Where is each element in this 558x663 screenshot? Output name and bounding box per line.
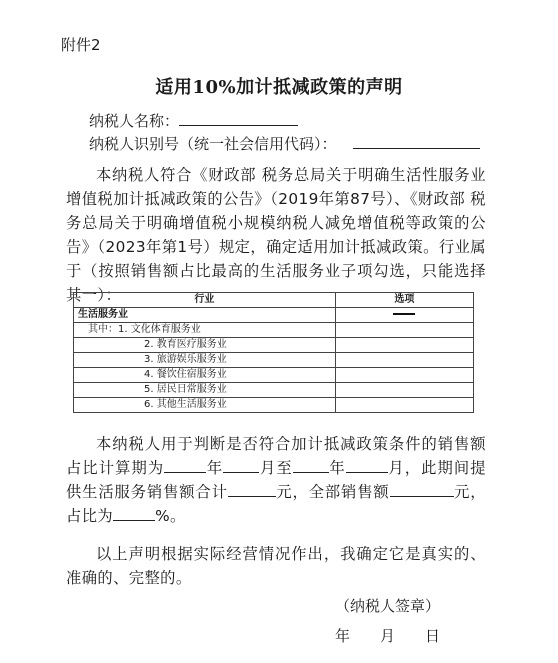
option-cell-6[interactable]	[335, 398, 473, 413]
ratio-field[interactable]	[113, 506, 155, 521]
table-header-row: 行业 选项	[74, 293, 474, 308]
taxpayer-name-field[interactable]	[179, 124, 298, 126]
dash-mark	[393, 313, 415, 315]
taxpayer-name-label: 纳税人名称：	[89, 112, 179, 130]
table-row: 2. 教育医疗服务业	[74, 338, 474, 353]
option-cell-1[interactable]	[335, 323, 473, 338]
sales-section: 本纳税人用于判断是否符合加计抵减政策条件的销售额占比计算期为年月至年月，此期间提…	[66, 432, 486, 528]
document-title: 适用10%加计抵减政策的声明	[0, 73, 558, 99]
taxpayer-id-label: 纳税人识别号（统一社会信用代码）：	[89, 135, 337, 153]
taxpayer-name-row: 纳税人名称：	[89, 110, 298, 131]
signature-label: （纳税人签章）	[335, 595, 440, 616]
total-sales-field[interactable]	[390, 482, 454, 497]
table-row: 4. 餐饮住宿服务业	[74, 368, 474, 383]
header-industry: 行业	[74, 293, 336, 308]
table-row: 3. 旅游娱乐服务业	[74, 353, 474, 368]
intro-section: 本纳税人符合《财政部 税务总局关于明确生活性服务业增值税加计抵减政策的公告》（2…	[66, 163, 486, 307]
signature-date: 年月日	[335, 625, 440, 646]
industry-label-3: 3. 旅游娱乐服务业	[74, 353, 336, 368]
category-option	[335, 308, 473, 323]
table-row-category: 生活服务业	[74, 308, 474, 323]
industry-label-4: 4. 餐饮住宿服务业	[74, 368, 336, 383]
industry-label-2: 2. 教育医疗服务业	[74, 338, 336, 353]
date-year: 年	[335, 627, 350, 645]
industry-label-5: 5. 居民日常服务业	[74, 383, 336, 398]
table-row: 其中：1. 文化体育服务业	[74, 323, 474, 338]
date-day: 日	[425, 627, 440, 645]
option-cell-3[interactable]	[335, 353, 473, 368]
option-cell-5[interactable]	[335, 383, 473, 398]
start-month-field[interactable]	[223, 458, 259, 473]
declaration-section: 以上声明根据实际经营情况作出，我确定它是真实的、准确的、完整的。	[66, 542, 486, 590]
category-label: 生活服务业	[74, 308, 336, 323]
intro-paragraph: 本纳税人符合《财政部 税务总局关于明确生活性服务业增值税加计抵减政策的公告》（2…	[66, 163, 486, 307]
option-cell-4[interactable]	[335, 368, 473, 383]
attachment-label: 附件2	[61, 34, 101, 55]
industry-label-6: 6. 其他生活服务业	[74, 398, 336, 413]
industry-label-1: 其中：1. 文化体育服务业	[74, 323, 336, 338]
service-sales-total-field[interactable]	[228, 482, 276, 497]
taxpayer-id-row: 纳税人识别号（统一社会信用代码）：	[89, 133, 480, 154]
date-month: 月	[380, 627, 395, 645]
table-row: 5. 居民日常服务业	[74, 383, 474, 398]
table-row: 6. 其他生活服务业	[74, 398, 474, 413]
sales-paragraph: 本纳税人用于判断是否符合加计抵减政策条件的销售额占比计算期为年月至年月，此期间提…	[66, 432, 486, 528]
taxpayer-id-field[interactable]	[353, 147, 480, 149]
start-year-field[interactable]	[164, 458, 206, 473]
declaration-paragraph: 以上声明根据实际经营情况作出，我确定它是真实的、准确的、完整的。	[66, 542, 486, 590]
end-year-field[interactable]	[293, 458, 329, 473]
header-option: 选项	[335, 293, 473, 308]
end-month-field[interactable]	[346, 458, 388, 473]
industry-table: 行业 选项 生活服务业 其中：1. 文化体育服务业 2. 教育医疗服务业 3. …	[73, 292, 474, 413]
option-cell-2[interactable]	[335, 338, 473, 353]
